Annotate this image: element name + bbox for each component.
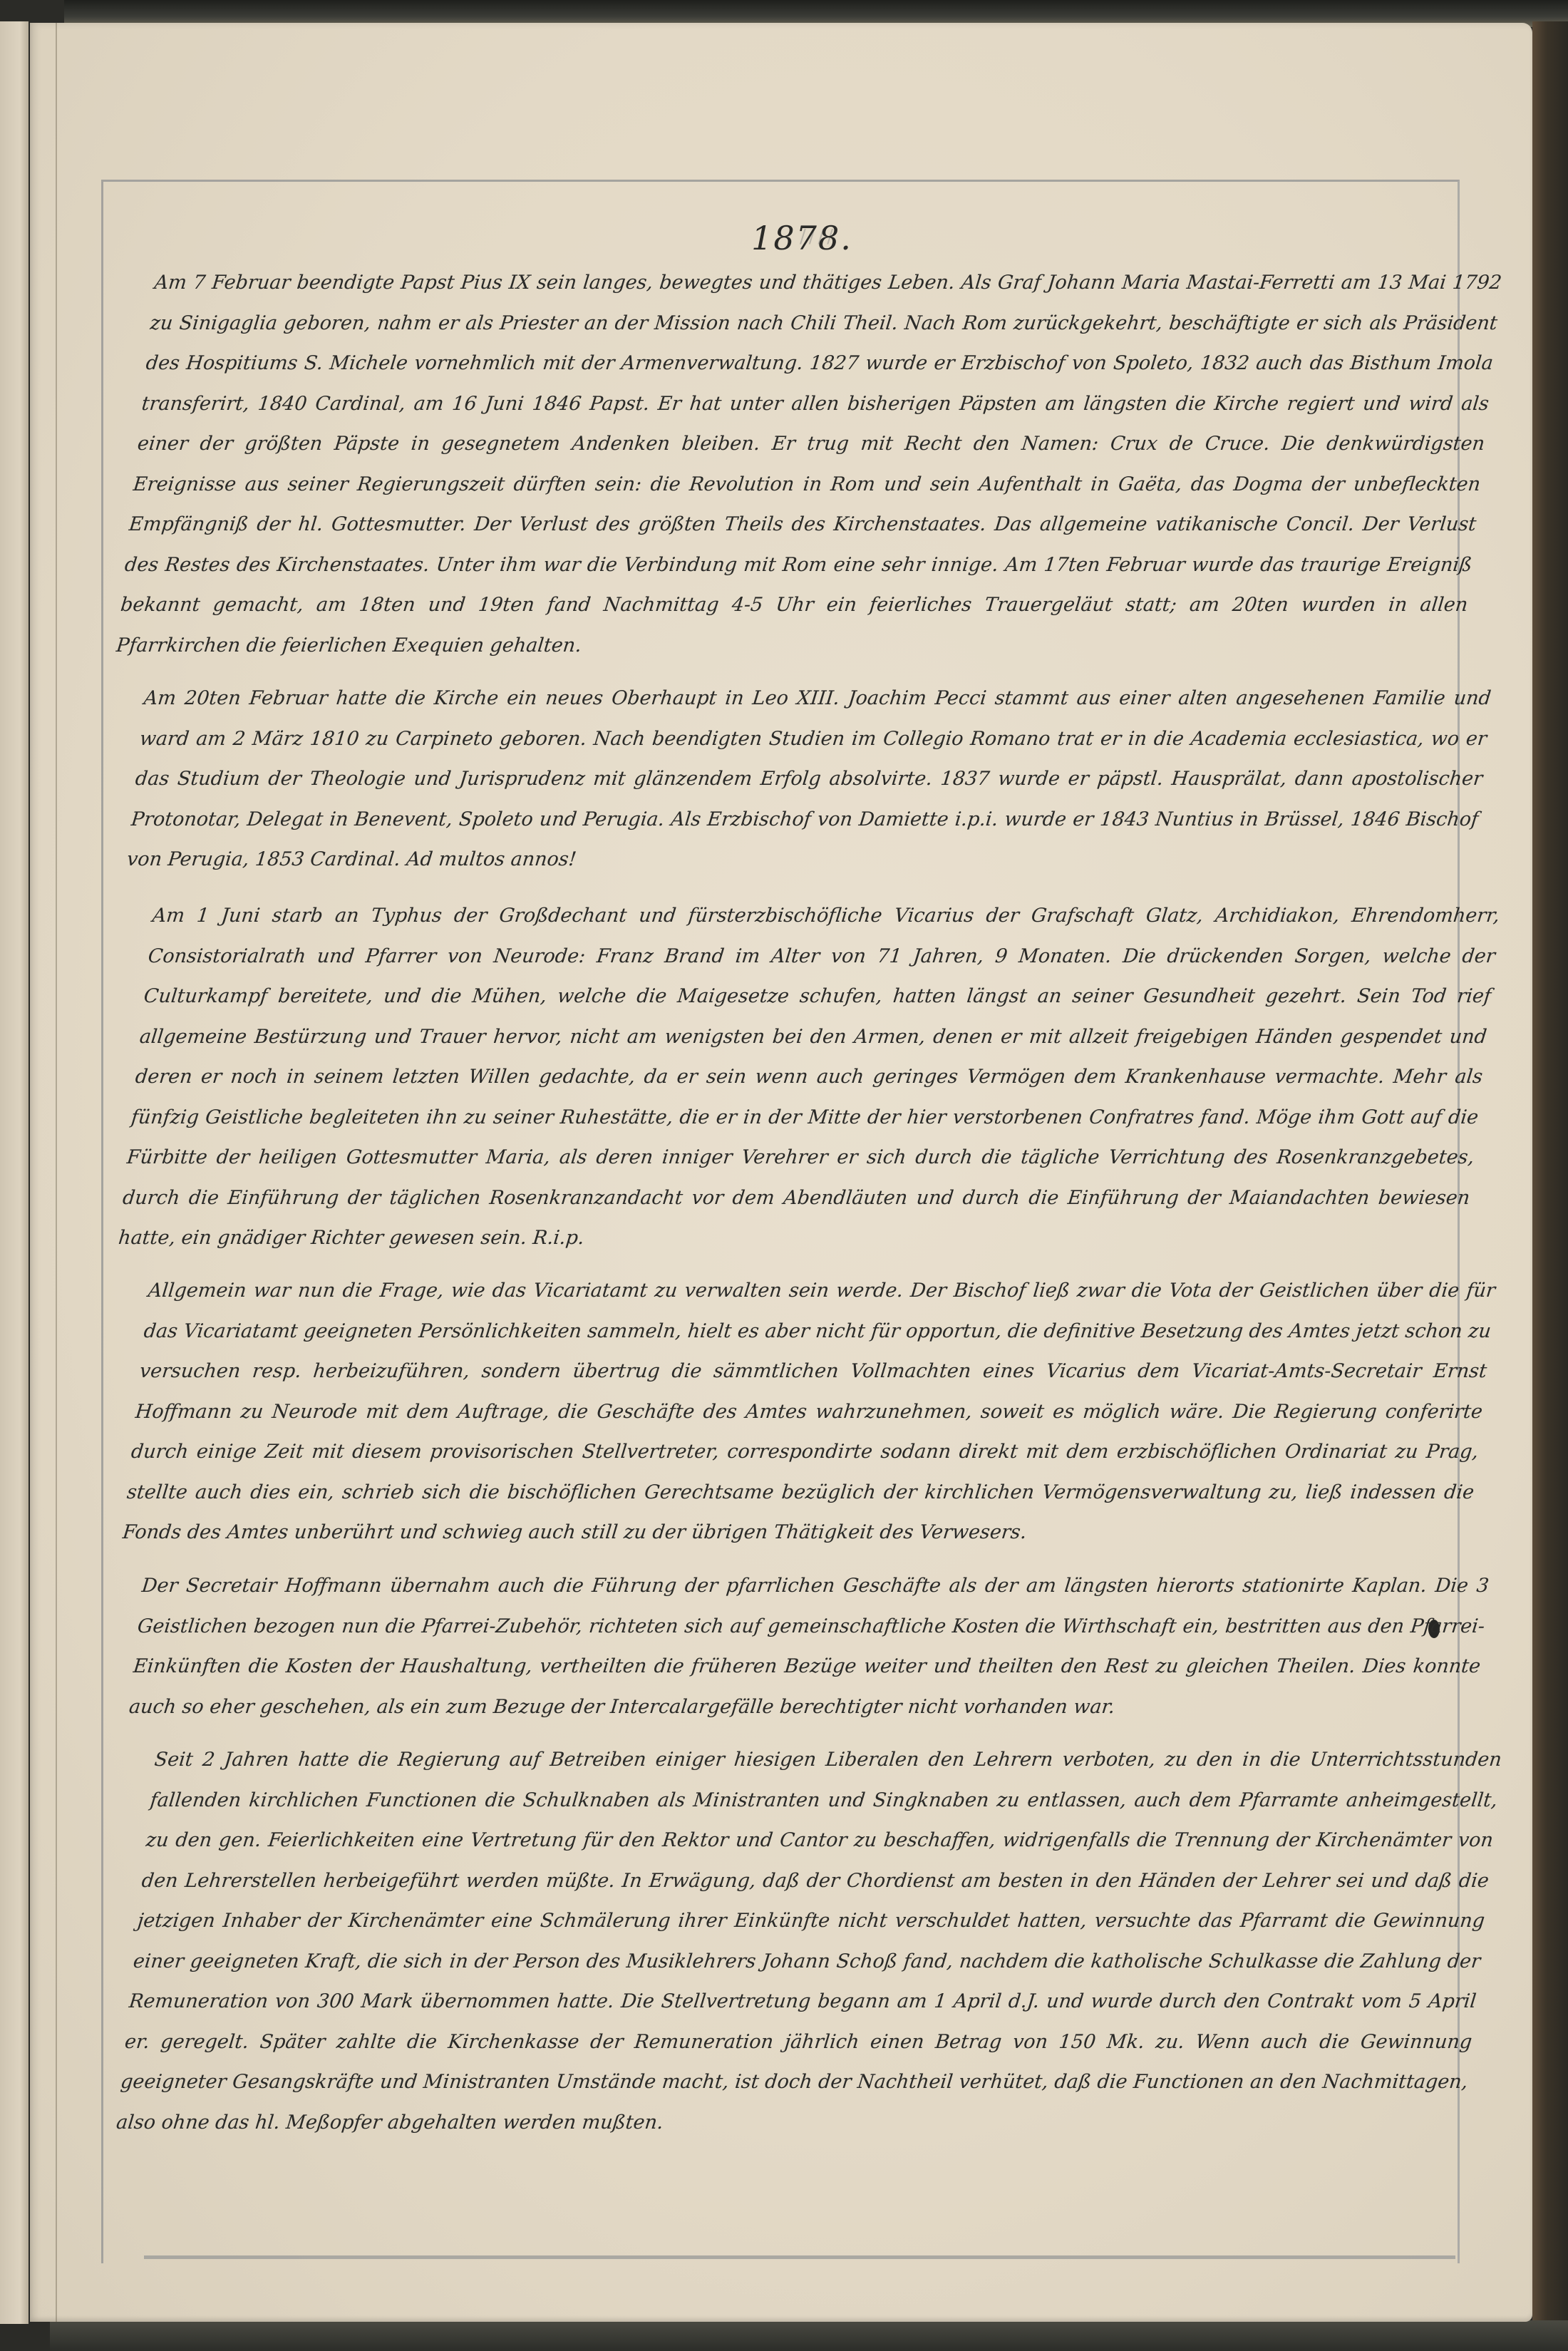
book-binding-right [1532, 21, 1568, 2351]
paragraph-pius-ix: Am 7 Februar beendigte Papst Pius IX sei… [114, 263, 1503, 666]
manuscript-text: 1878. Am 7 Februar beendigte Papst Pius … [135, 205, 1482, 2156]
paragraph-franz-brand: Am 1 Juni starb an Typhus der Großdechan… [116, 896, 1501, 1259]
paragraph-leo-xiii: Am 20ten Februar hatte die Kirche ein ne… [125, 679, 1493, 880]
ruled-bottom-line [144, 2255, 1455, 2259]
paragraph-vicariat: Allgemein war nun die Frage, wie das Vic… [120, 1271, 1497, 1553]
page-gutter-fold [56, 23, 57, 2322]
manuscript-page: //// 1878. Am 7 Februar beendigte Papst … [30, 23, 1532, 2322]
facing-page-edge [0, 21, 29, 2324]
paragraph-schulknaben: Seit 2 Jahren hatte die Regierung auf Be… [114, 1740, 1503, 2143]
year-heading: 1878. [121, 219, 1482, 257]
book-binding-bottom [50, 2320, 1568, 2351]
paragraph-hoffmann: Der Secretair Hoffmann übernahm auch die… [127, 1566, 1491, 1727]
